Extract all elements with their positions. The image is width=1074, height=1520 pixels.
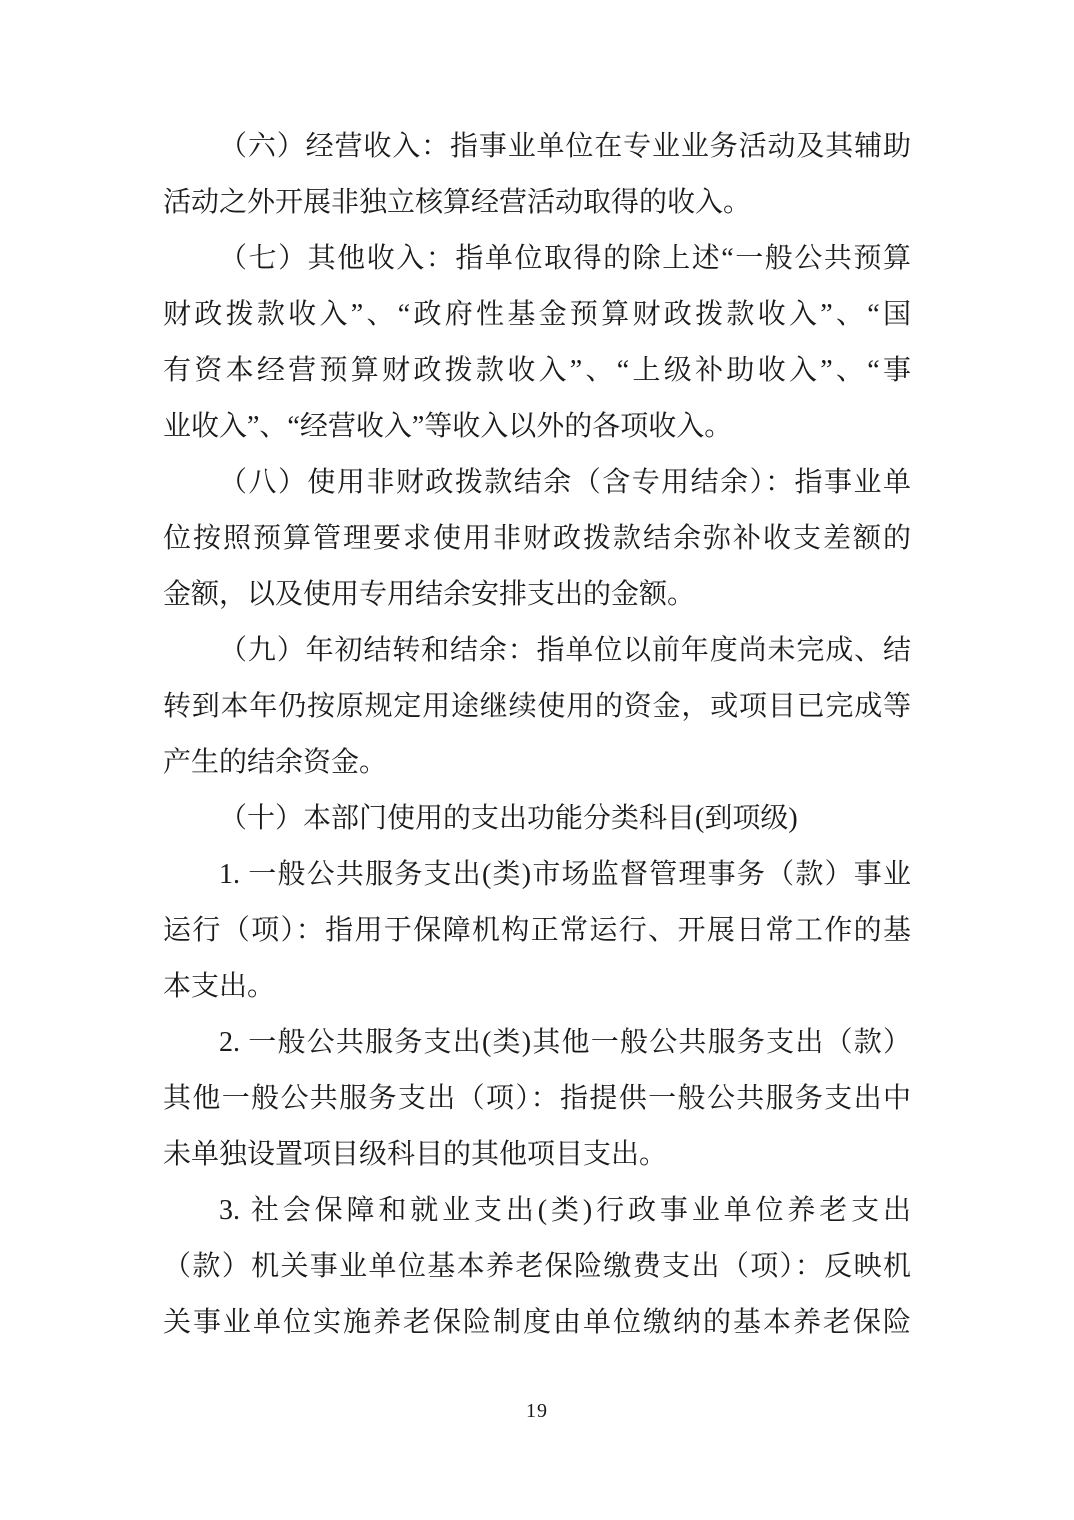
document-line: 其他一般公共服务支出（项）：指提供一般公共服务支出中 — [163, 1071, 911, 1127]
document-line: 未单独设置项目级科目的其他项目支出。 — [163, 1127, 911, 1183]
page-footer: 19 — [0, 1400, 1074, 1423]
document-line: 业收入”、“经营收入”等收入以外的各项收入。 — [163, 399, 911, 455]
document-line: 有资本经营预算财政拨款收入”、“上级补助收入”、“事 — [163, 343, 911, 399]
document-line: 活动之外开展非独立核算经营活动取得的收入。 — [163, 175, 911, 231]
document-line: 关事业单位实施养老保险制度由单位缴纳的基本养老保险 — [163, 1295, 911, 1351]
document-line: （八）使用非财政拨款结余（含专用结余）：指事业单 — [163, 455, 911, 511]
document-line: 位按照预算管理要求使用非财政拨款结余弥补收支差额的 — [163, 511, 911, 567]
document-line: 3. 社会保障和就业支出(类)行政事业单位养老支出 — [163, 1183, 911, 1239]
document-line: 2. 一般公共服务支出(类)其他一般公共服务支出（款） — [163, 1015, 911, 1071]
page-number: 19 — [526, 1400, 548, 1422]
document-line: 本支出。 — [163, 959, 911, 1015]
document-line: 转到本年仍按原规定用途继续使用的资金，或项目已完成等 — [163, 679, 911, 735]
document-line: 产生的结余资金。 — [163, 735, 911, 791]
document-body: （六）经营收入：指事业单位在专业业务活动及其辅助活动之外开展非独立核算经营活动取… — [163, 119, 911, 1351]
document-line: （九）年初结转和结余：指单位以前年度尚未完成、结 — [163, 623, 911, 679]
document-line: （十）本部门使用的支出功能分类科目(到项级) — [163, 791, 911, 847]
document-line: （款）机关事业单位基本养老保险缴费支出（项）：反映机 — [163, 1239, 911, 1295]
document-line: 财政拨款收入”、“政府性基金预算财政拨款收入”、“国 — [163, 287, 911, 343]
document-line: （七）其他收入：指单位取得的除上述“一般公共预算 — [163, 231, 911, 287]
document-line: （六）经营收入：指事业单位在专业业务活动及其辅助 — [163, 119, 911, 175]
document-page: （六）经营收入：指事业单位在专业业务活动及其辅助活动之外开展非独立核算经营活动取… — [0, 0, 1074, 1520]
document-line: 运行（项）：指用于保障机构正常运行、开展日常工作的基 — [163, 903, 911, 959]
document-line: 1. 一般公共服务支出(类)市场监督管理事务（款）事业 — [163, 847, 911, 903]
document-line: 金额，以及使用专用结余安排支出的金额。 — [163, 567, 911, 623]
